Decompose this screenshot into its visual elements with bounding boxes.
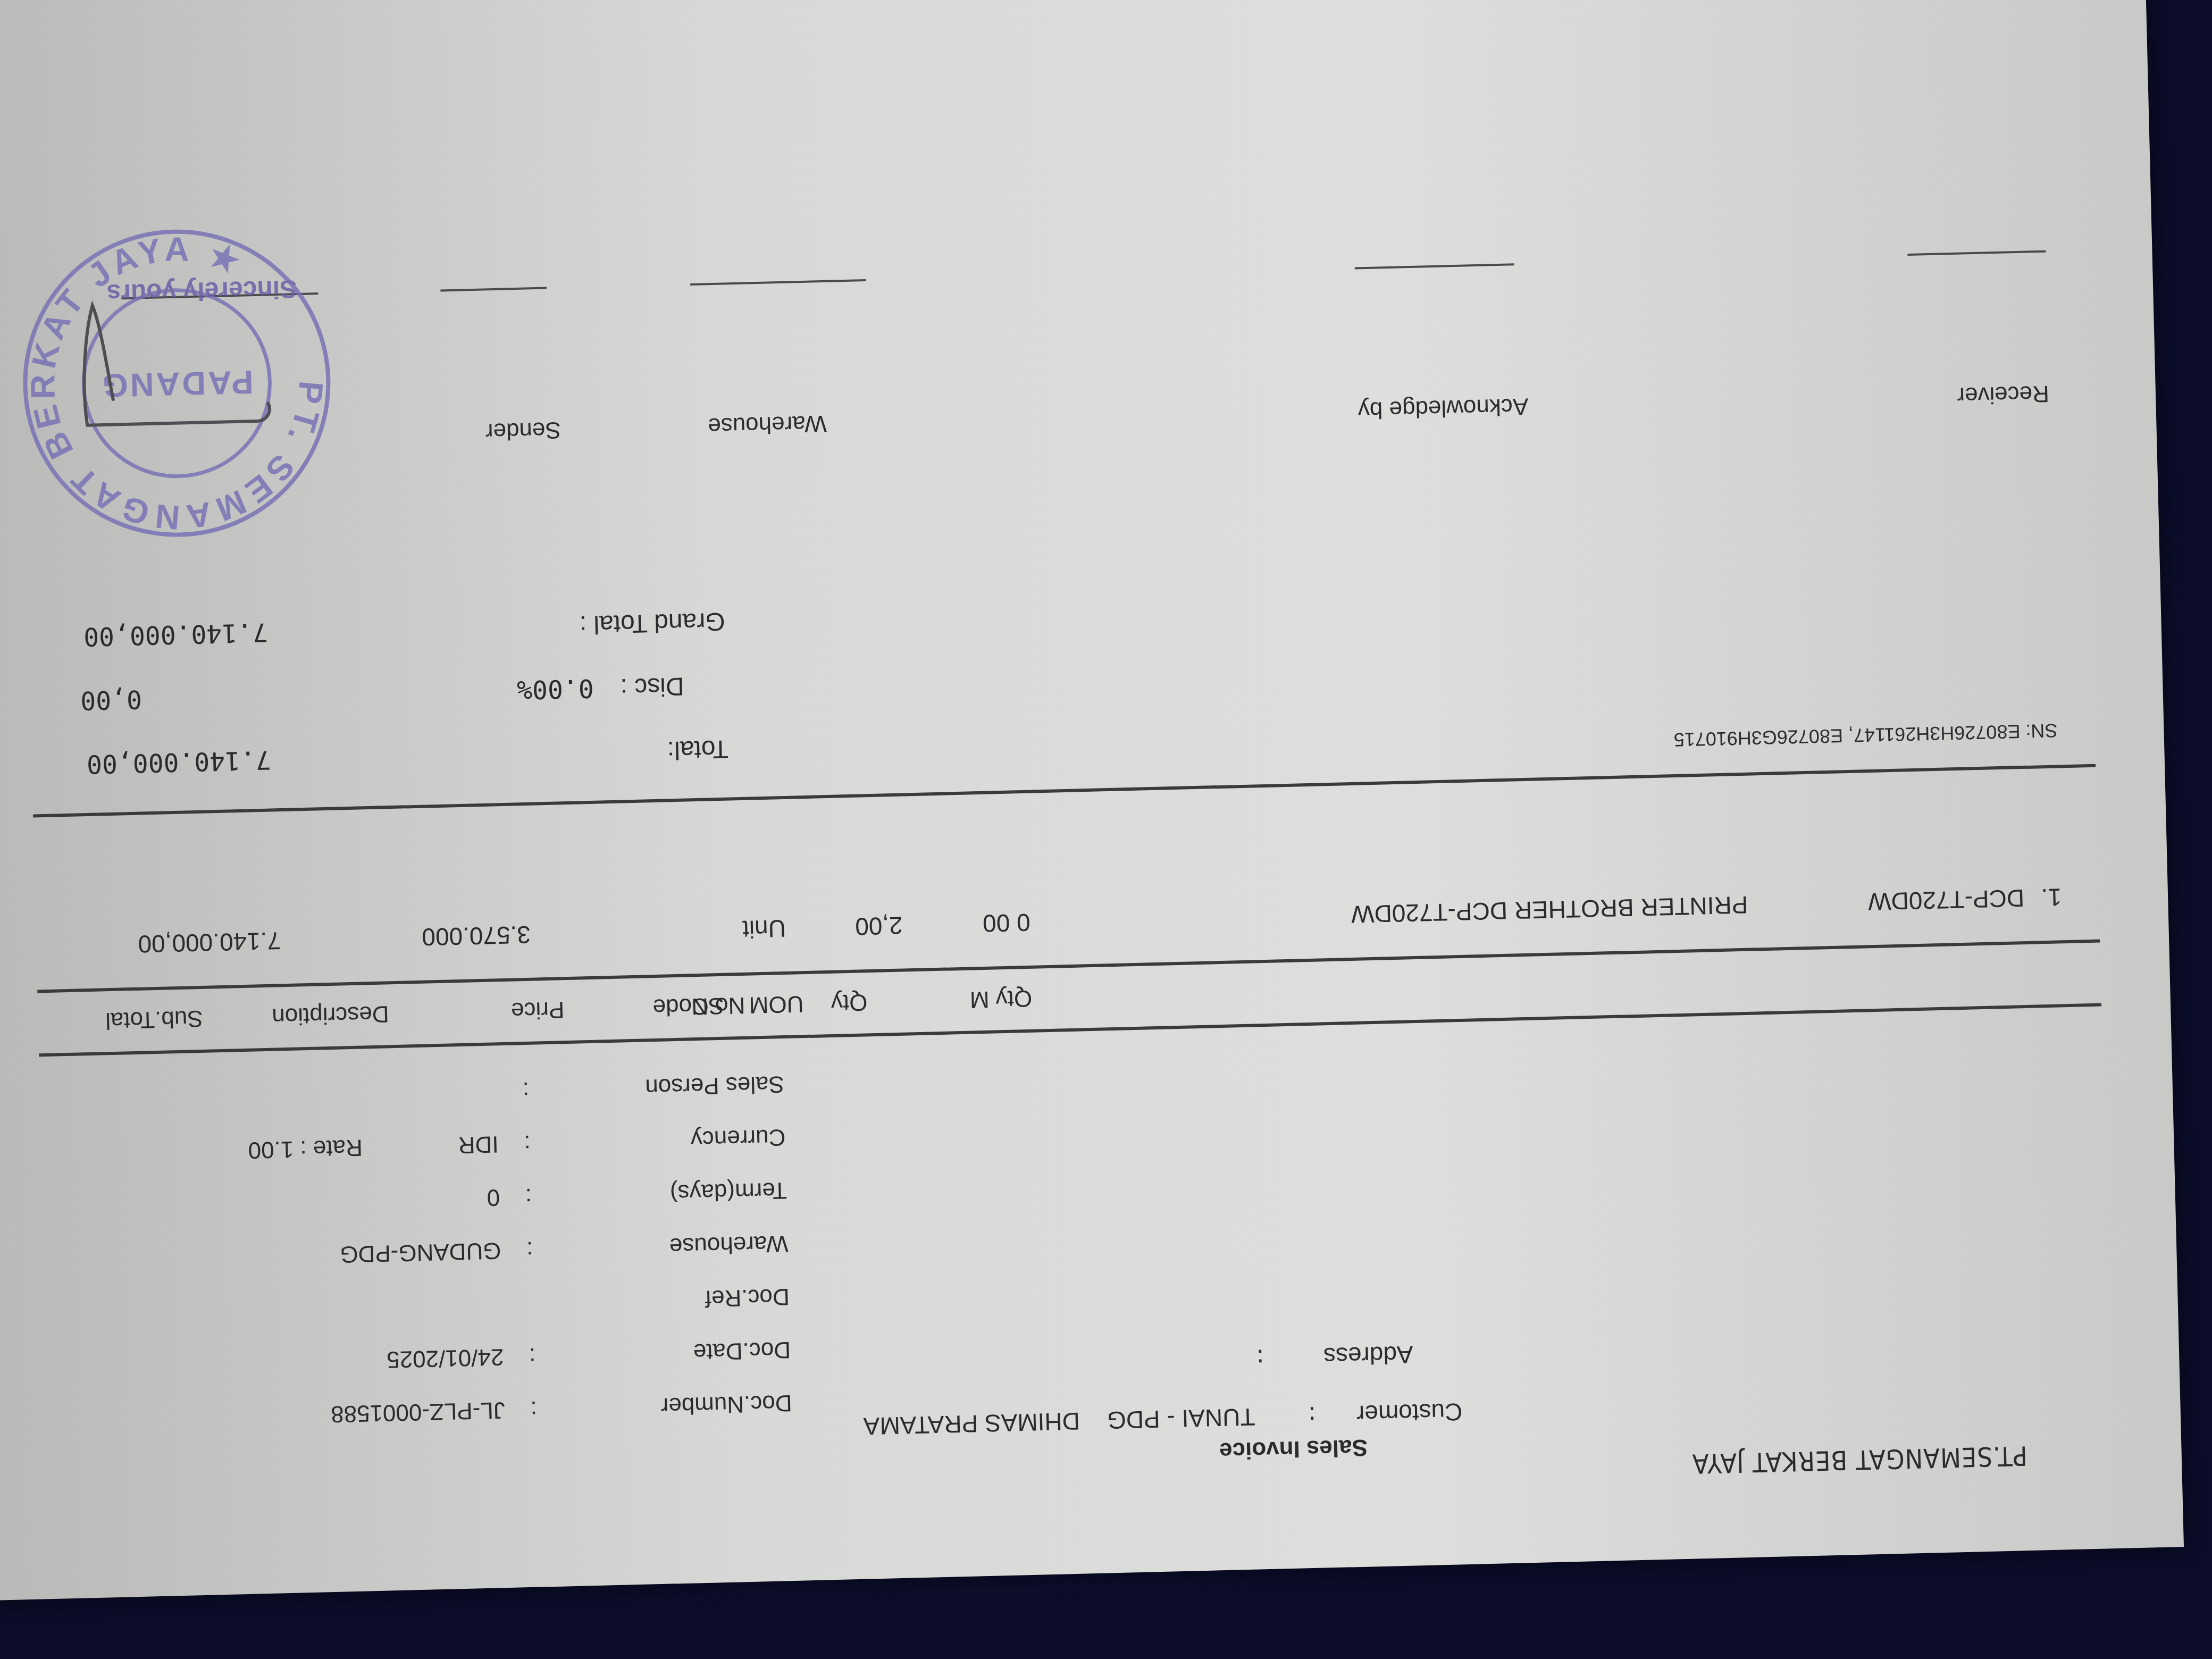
table-header-rule [37, 940, 2100, 993]
address-colon: : [1256, 1344, 1265, 1372]
row-qty-m: 0 00 [983, 908, 1031, 938]
svg-text:PADANG: PADANG [100, 363, 254, 404]
address-label: Address [1323, 1340, 1413, 1371]
customer-colon: : [1308, 1401, 1317, 1430]
doc-date-row: Doc.Date:24/01/2025 [387, 1336, 791, 1373]
currency-label: Currency [530, 1124, 786, 1157]
currency-value: IDR [458, 1130, 499, 1158]
header-uom: UOM [749, 990, 804, 1018]
row-no: 1. [2041, 883, 2062, 912]
photo-background: PT.SEMANGAT BERKAT JAYA Sales Invoice Cu… [0, 0, 2212, 1659]
invoice-paper: PT.SEMANGAT BERKAT JAYA Sales Invoice Cu… [0, 0, 2184, 1601]
sales-person-row: Sales Person: [497, 1070, 784, 1104]
row-uom: Unit [742, 914, 786, 944]
customer-label: Customer [1356, 1397, 1463, 1429]
signature-line-sender [440, 287, 547, 292]
header-price: Price [511, 996, 565, 1024]
doc-date-value: 24/01/2025 [387, 1343, 504, 1372]
signature-line-acknowledge [1355, 263, 1514, 269]
company-stamp: PT. SEMANGAT BERKAT JAYA ★ PADANG Sincer… [13, 220, 340, 546]
row-qty: 2,00 [855, 911, 903, 941]
doc-ref-label: Doc.Ref [534, 1283, 790, 1316]
disc-value: 0,00 [80, 684, 143, 715]
signature-line-receiver [1907, 250, 2046, 256]
term-value: 0 [487, 1184, 500, 1211]
sales-person-label: Sales Person [529, 1070, 784, 1103]
total-label: Total: [667, 734, 728, 765]
header-qty-m: Qty M [969, 985, 1033, 1013]
doc-number-value: JL-PLZ-0001588 [330, 1396, 505, 1427]
signature-sender: Sender [485, 416, 561, 445]
term-row: Term(days):0 [487, 1177, 787, 1211]
grand-total-value: 7.140.000,00 [83, 617, 269, 651]
signature-line-warehouse [690, 279, 866, 286]
doc-date-label: Doc.Date [535, 1336, 791, 1369]
disc-percent: 0.00% [517, 673, 594, 705]
warehouse-value: GUDANG-PDG [340, 1237, 501, 1267]
header-description: Description [272, 1000, 389, 1029]
disc-label: Disc : [620, 672, 684, 702]
document-title: Sales Invoice [1219, 1434, 1368, 1464]
warehouse-label: Warehouse [533, 1230, 789, 1263]
total-value: 7.140.000,00 [86, 745, 271, 779]
signature-receiver: Receiver [1957, 380, 2050, 409]
row-subtotal: 7.140.000,00 [138, 926, 281, 959]
grand-total-label: Grand Total : [579, 607, 725, 640]
company-name: PT.SEMANGAT BERKAT JAYA [1691, 1440, 2027, 1479]
term-label: Term(days) [531, 1177, 787, 1210]
stamp-seal-icon: PT. SEMANGAT BERKAT JAYA ★ PADANG [13, 220, 340, 546]
doc-number-row: Doc.Number:JL-PLZ-0001588 [330, 1389, 792, 1427]
row-code: DCP-T720DW [1868, 884, 2025, 916]
header-qty: Qty [831, 988, 868, 1016]
warehouse-row: Warehouse:GUDANG-PDG [340, 1230, 789, 1268]
doc-ref-row: Doc.Ref [534, 1283, 790, 1316]
table-bottom-rule [33, 764, 2096, 818]
signature-warehouse: Warehouse [708, 410, 827, 439]
row-price: 3.570.000 [422, 920, 531, 952]
serial-numbers: SN: E80726H3H261147, E80726G3H910715 [1673, 719, 2058, 751]
doc-number-label: Doc.Number [537, 1389, 792, 1422]
signature-acknowledge: Acknowledge by [1358, 393, 1529, 424]
header-subtotal: Sub.Total [105, 1005, 204, 1034]
table-row: 1. DCP-T720DW PRINTER BROTHER DCP-T720DW… [0, 1547, 2184, 1601]
customer-value: TUNAI - PDG DHIMAS PRATAMA [863, 1403, 1255, 1441]
header-sn: SN [691, 992, 724, 1019]
sincerely-yours-label: Sincerely yours [106, 274, 297, 308]
currency-row: Currency:IDRRate : 1.00 [248, 1124, 786, 1163]
row-description: PRINTER BROTHER DCP-T720DW [1351, 891, 1748, 929]
currency-rate: Rate : 1.00 [248, 1134, 363, 1163]
